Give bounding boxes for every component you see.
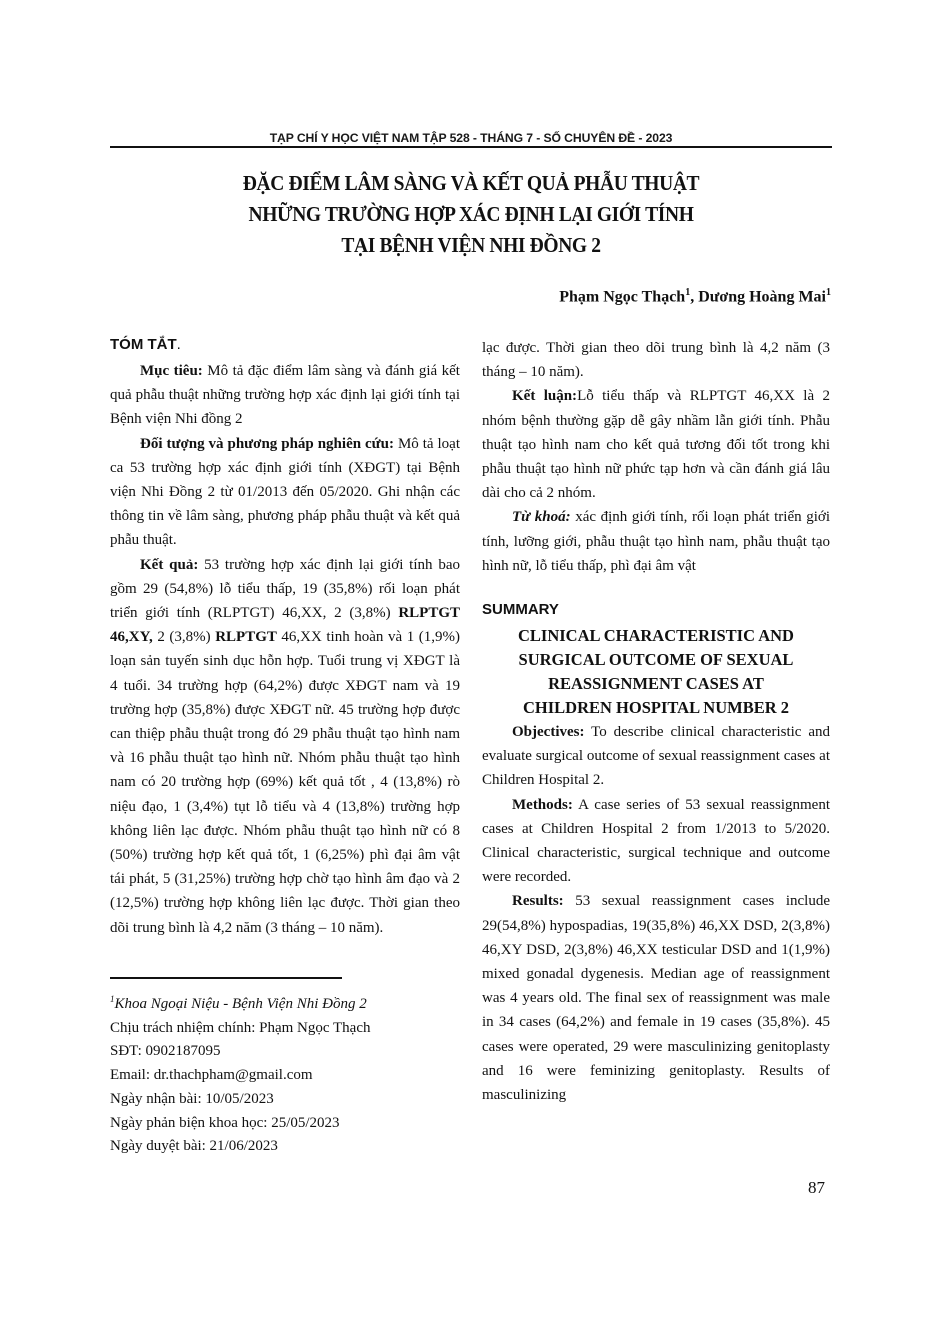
results-text-dsd: DSD,	[744, 918, 778, 934]
author-separator: ,	[690, 288, 698, 305]
summary-results: Results: 53 sexual reassignment cases in…	[482, 889, 830, 1107]
footnote-email: Email: dr.thachpham@gmail.com	[110, 1064, 470, 1088]
title-line: CLINICAL CHARACTERISTIC AND	[482, 624, 830, 648]
running-head: TẠP CHÍ Y HỌC VIỆT NAM TẬP 528 - THÁNG 7…	[110, 131, 832, 145]
abstract-methods: Đối tượng và phương pháp nghiên cứu: Mô …	[110, 432, 460, 553]
results-text: 2 (3,8%)	[153, 629, 215, 645]
footnote-affiliation: 1Khoa Ngoại Niệu - Bệnh Viện Nhi Đồng 2	[110, 988, 470, 1017]
results-text-dsd: DSD,	[526, 942, 560, 958]
footnote-corresponding: Chịu trách nhiệm chính: Phạm Ngọc Thạch	[110, 1017, 470, 1041]
abstract-heading: TÓM TẮT.	[110, 335, 460, 355]
results-text: 46,XX tinh hoàn và 1 (1,9%) loạn sản tuy…	[110, 629, 460, 935]
title-line: NHỮNG TRƯỜNG HỢP XÁC ĐỊNH LẠI GIỚI TÍNH	[135, 199, 806, 230]
author-list: Phạm Ngọc Thạch1, Dương Hoàng Mai1	[559, 287, 831, 306]
author-name: Dương Hoàng Mai	[698, 288, 826, 305]
footnote-received: Ngày nhận bài: 10/05/2023	[110, 1088, 470, 1112]
methods-label: Đối tượng và phương pháp nghiên cứu:	[140, 436, 394, 452]
author-name: Phạm Ngọc Thạch	[559, 288, 685, 305]
results-bold: RLPTGT	[215, 629, 277, 645]
page-number: 87	[808, 1178, 825, 1198]
summary-methods: Methods: A case series of 53 sexual reas…	[482, 793, 830, 890]
results-continuation: lạc được. Thời gian theo dõi trung bình …	[482, 336, 830, 384]
footnote-accepted: Ngày duyệt bài: 21/06/2023	[110, 1135, 470, 1159]
title-line: TẠI BỆNH VIỆN NHI ĐỒNG 2	[135, 230, 806, 261]
header-rule	[110, 146, 832, 148]
objective-label: Mục tiêu:	[140, 363, 203, 379]
english-title: CLINICAL CHARACTERISTIC AND SURGICAL OUT…	[482, 624, 830, 720]
title-line: REASSIGNMENT CASES AT	[482, 672, 830, 696]
left-column: TÓM TẮT. Mục tiêu: Mô tả đặc điểm lâm sà…	[110, 335, 460, 940]
conclusion-label: Kết luận:	[512, 388, 577, 404]
methods-label: Methods:	[512, 797, 573, 813]
affiliation-mark: 1	[826, 287, 831, 298]
summary-heading: SUMMARY	[482, 600, 830, 620]
journal-page: TẠP CHÍ Y HỌC VIỆT NAM TẬP 528 - THÁNG 7…	[0, 0, 943, 1333]
footnote-phone: SĐT: 0902187095	[110, 1040, 470, 1064]
footnotes: 1Khoa Ngoại Niệu - Bệnh Viện Nhi Đồng 2 …	[110, 988, 470, 1159]
objectives-label: Objectives:	[512, 724, 584, 740]
abstract-conclusion: Kết luận:Lỗ tiểu thấp và RLPTGT 46,XX là…	[482, 384, 830, 505]
results-text-dsd: DSD	[721, 942, 751, 958]
results-label: Kết quả:	[140, 557, 198, 573]
abstract-results: Kết quả: 53 trường hợp xác định lại giới…	[110, 553, 460, 940]
results-text: 2(3,8%) 46,XX testicular	[560, 942, 721, 958]
right-column: lạc được. Thời gian theo dõi trung bình …	[482, 336, 830, 1107]
methods-text: Mô tả loạt ca 53 trường hợp xác định giớ…	[110, 436, 460, 549]
keywords-label: Từ khoá:	[512, 509, 571, 525]
affiliation-text: Khoa Ngoại Niệu - Bệnh Viện Nhi Đồng 2	[115, 996, 367, 1012]
title-line: CHILDREN HOSPITAL NUMBER 2	[482, 696, 830, 720]
title-line: SURGICAL OUTCOME OF SEXUAL	[482, 648, 830, 672]
results-continuation-text: lạc được. Thời gian theo dõi trung bình …	[482, 340, 830, 380]
results-text: and 1(1,9%) mixed gonadal dygenesis. Med…	[482, 942, 830, 1103]
article-title: ĐẶC ĐIỂM LÂM SÀNG VÀ KẾT QUẢ PHẪU THUẬT …	[135, 168, 806, 261]
results-label: Results:	[512, 893, 564, 909]
footnote-rule	[110, 977, 342, 979]
conclusion-text: Lỗ tiểu thấp và RLPTGT 46,XX là 2 nhóm b…	[482, 388, 830, 501]
abstract-keywords: Từ khoá: xác định giới tính, rối loạn ph…	[482, 505, 830, 578]
abstract-objective: Mục tiêu: Mô tả đặc điểm lâm sàng và đán…	[110, 359, 460, 432]
title-line: ĐẶC ĐIỂM LÂM SÀNG VÀ KẾT QUẢ PHẪU THUẬT	[135, 168, 806, 199]
footnote-reviewed: Ngày phản biện khoa học: 25/05/2023	[110, 1112, 470, 1136]
abstract-heading-text: TÓM TẮT	[110, 336, 177, 353]
heading-punct: .	[177, 336, 181, 353]
summary-objectives: Objectives: To describe clinical charact…	[482, 720, 830, 793]
